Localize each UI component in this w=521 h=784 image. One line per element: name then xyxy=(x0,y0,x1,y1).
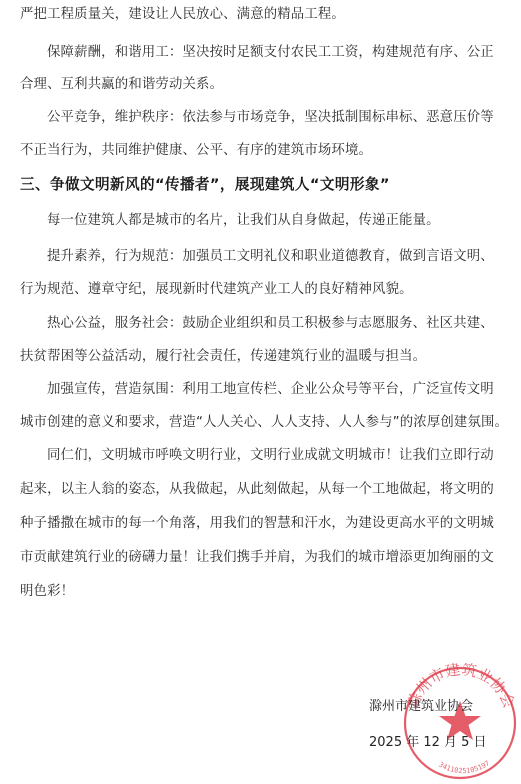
svg-text:3411025105197: 3411025105197 xyxy=(437,759,491,775)
paragraph-line: 热心公益，服务社会：鼓励企业组织和员工积极参与志愿服务、社区共建、 xyxy=(47,315,494,333)
paragraph-line: 同仁们，文明城市呼唤文明行业，文明行业成就文明城市！让我们立即行动 xyxy=(47,447,494,465)
paragraph-line: 城市创建的意义和要求，营造“人人关心、人人支持、人人参与”的浓厚创建氛围。 xyxy=(20,414,508,432)
paragraph-line: 公平竞争，维护秩序：依法参与市场竞争，坚决抵制围标串标、恶意压价等 xyxy=(47,109,494,127)
paragraph-line: 市贡献建筑行业的磅礴力量！让我们携手并肩，为我们的城市增添更加绚丽的文 xyxy=(20,549,494,567)
section-heading: 三、争做文明新风的“传播者”，展现建筑人“文明形象” xyxy=(20,176,390,194)
paragraph-line: 每一位建筑人都是城市的名片，让我们从自身做起，传递正能量。 xyxy=(47,212,440,230)
paragraph-line: 种子播撒在城市的每一个角落，用我们的智慧和汗水，为建设更高水平的文明城 xyxy=(20,515,494,533)
signature-organization: 滁州市建筑业协会 xyxy=(369,695,473,714)
paragraph-line: 合理、互利共赢的和谐劳动关系。 xyxy=(20,76,223,94)
paragraph-line: 起来，以主人翁的姿态，从我做起，从此刻做起，从每一个工地做起，将文明的 xyxy=(20,481,494,499)
paragraph-line: 加强宣传，营造氛围：利用工地宣传栏、企业公众号等平台，广泛宣传文明 xyxy=(47,381,494,399)
signature-date: 2025 年 12 月 5 日 xyxy=(369,731,487,750)
paragraph-line: 不正当行为，共同维护健康、公平、有序的建筑市场环境。 xyxy=(20,142,372,160)
paragraph-line: 严把工程质量关，建设让人民放心、满意的精品工程。 xyxy=(20,6,345,24)
document-page: 严把工程质量关，建设让人民放心、满意的精品工程。 保障薪酬，和谐用工：坚决按时足… xyxy=(0,0,521,784)
paragraph-line: 保障薪酬，和谐用工：坚决按时足额支付农民工工资，构建规范有序、公正 xyxy=(47,44,494,62)
official-seal-icon: 滁州市建筑业协会 3411025105197 xyxy=(402,663,520,781)
paragraph-line: 提升素养，行为规范：加强员工文明礼仪和职业道德教育，做到言语文明、 xyxy=(47,248,494,266)
paragraph-line: 行为规范、遵章守纪，展现新时代建筑产业工人的良好精神风貌。 xyxy=(20,281,413,299)
paragraph-line: 明色彩！ xyxy=(20,583,74,601)
paragraph-line: 扶贫帮困等公益活动，履行社会责任，传递建筑行业的温暖与担当。 xyxy=(20,348,426,366)
